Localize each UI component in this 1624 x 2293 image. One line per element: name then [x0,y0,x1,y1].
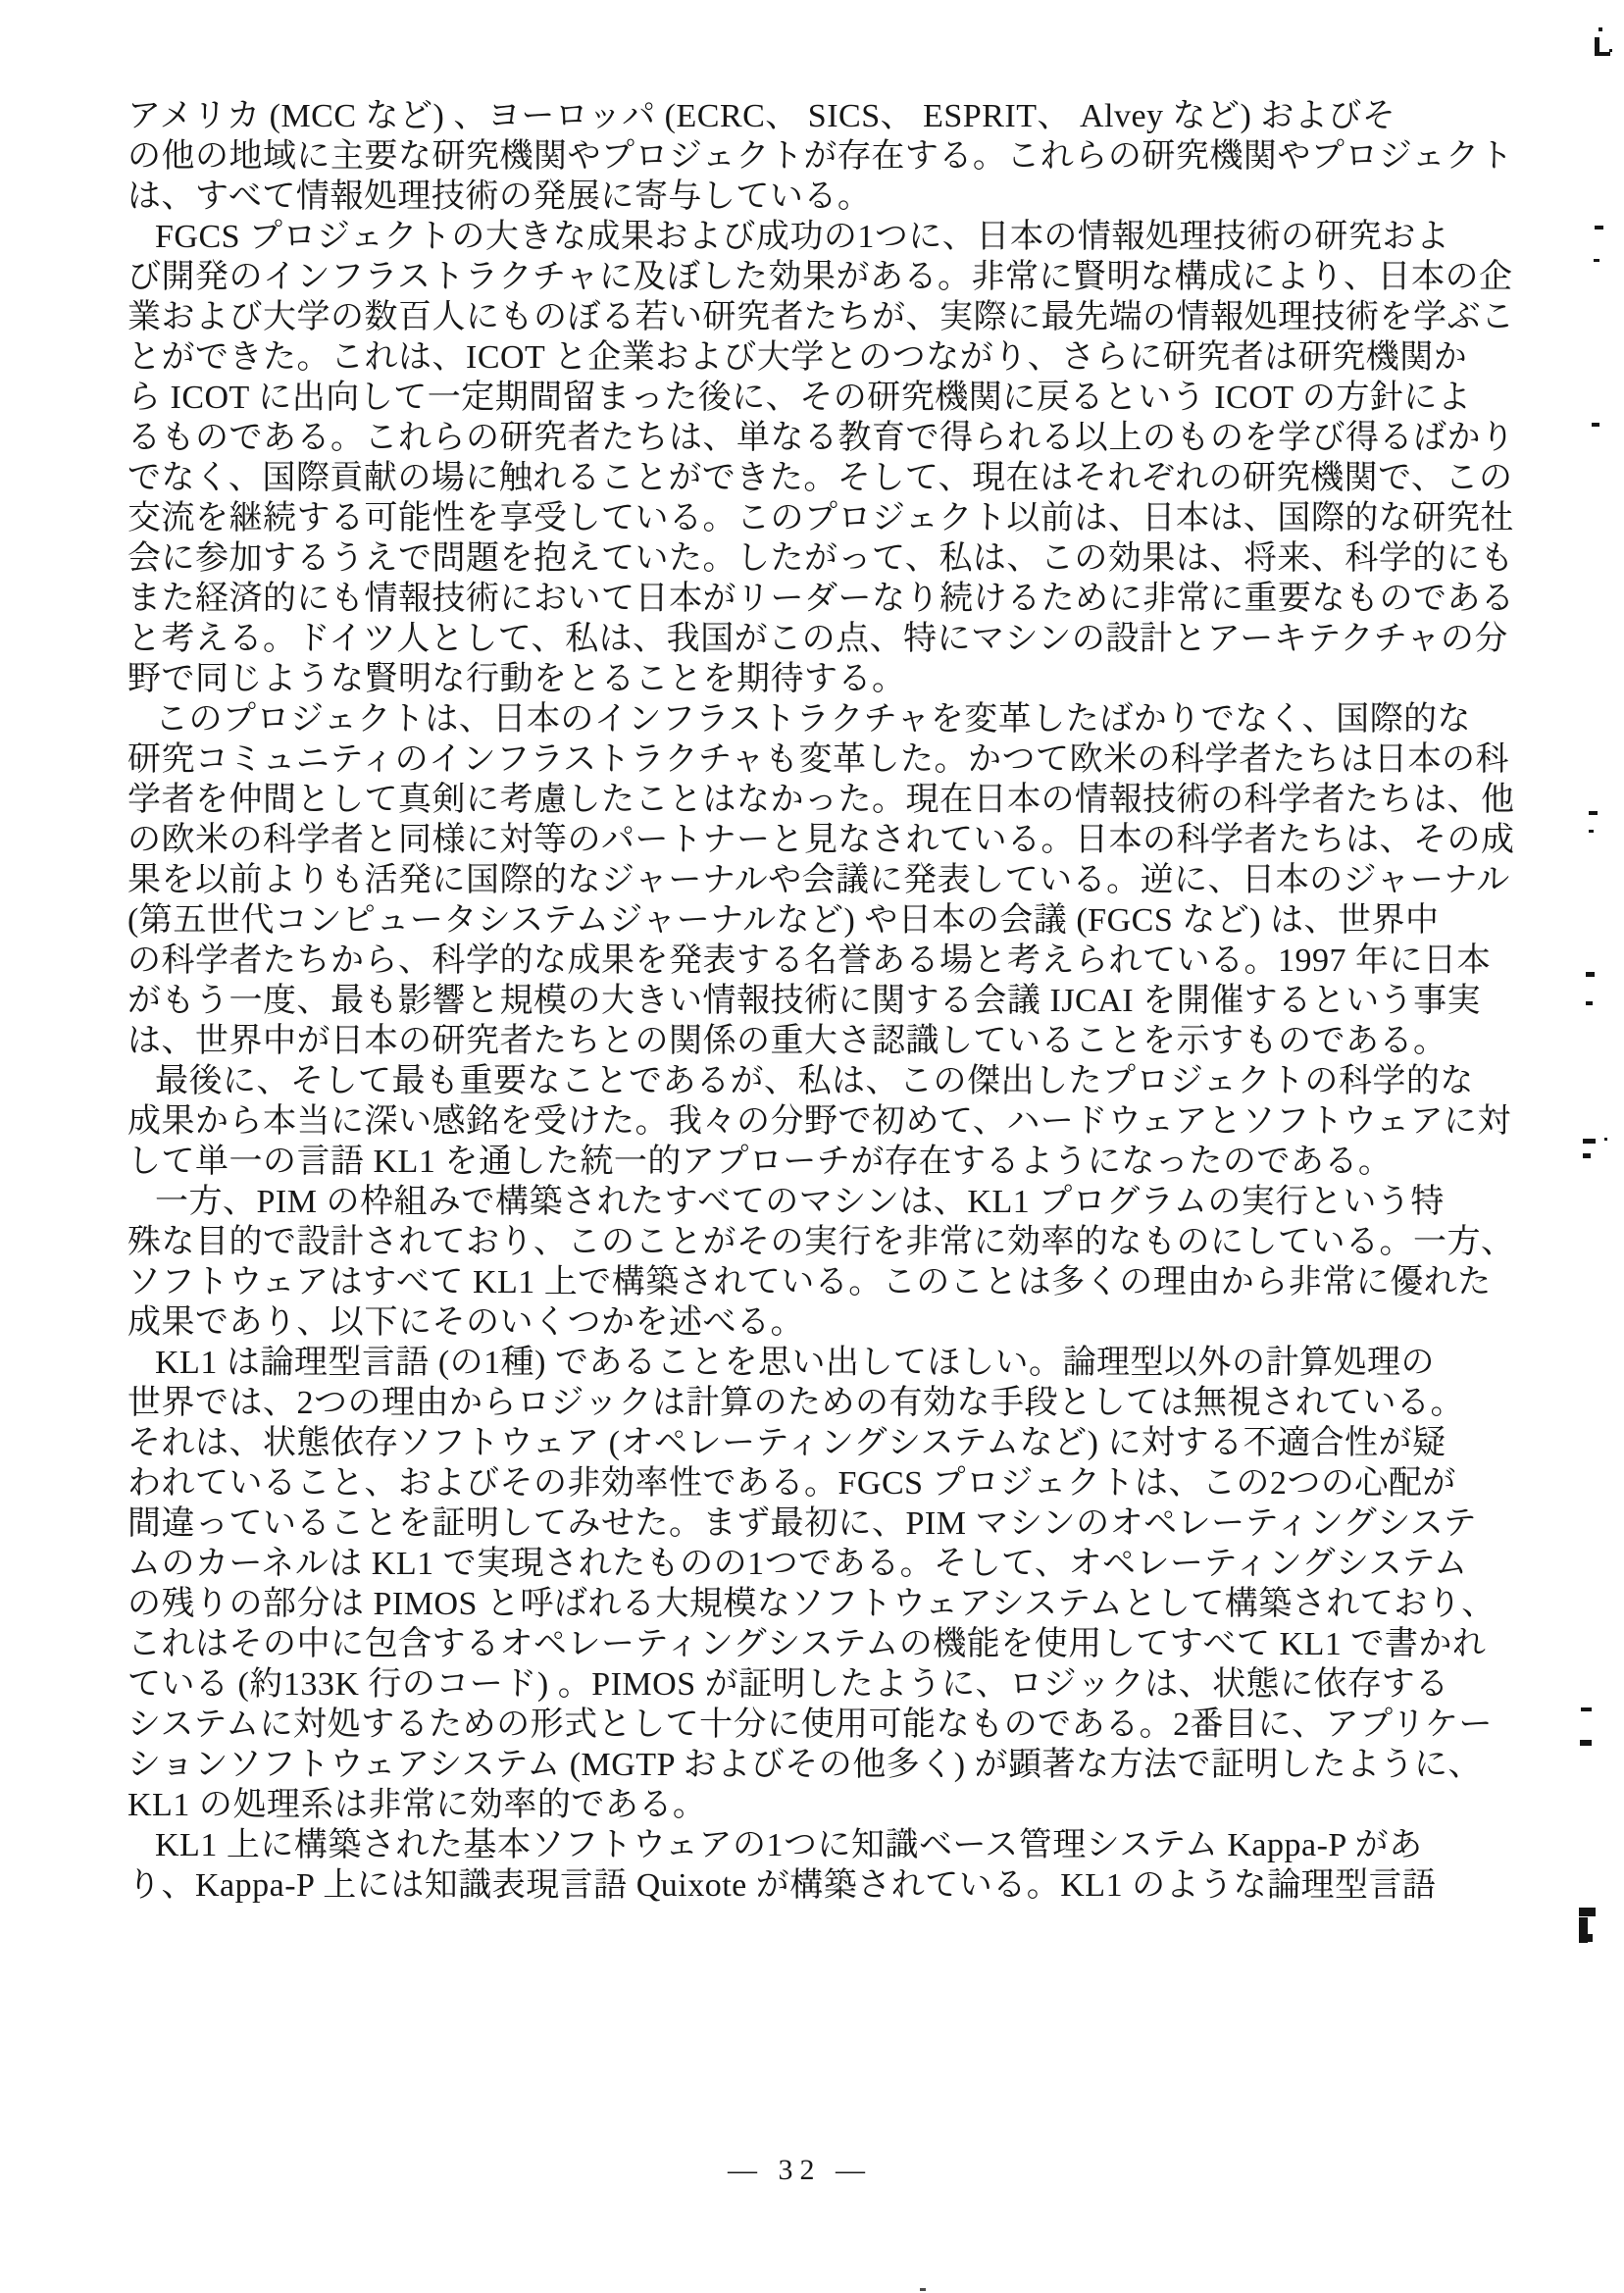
scan-artifact [1592,423,1599,427]
text-line: と考える。ドイツ人として、私は、我国がこの点、特にマシンの設計とアーキテクチャの… [127,619,1528,659]
scan-artifact [1595,226,1603,229]
body-text: アメリカ (MCC など) 、ヨーロッパ (ECRC、 SICS、 ESPRIT… [127,96,1528,1906]
text-line: KL1 の処理系は非常に効率的である。 [127,1785,1528,1825]
text-line: KL1 上に構築された基本ソフトウェアの1つに知識ベース管理システム Kappa… [127,1825,1528,1865]
text-line: 最後に、そして最も重要なことであるが、私は、この傑出したプロジェクトの科学的な [127,1061,1528,1101]
text-line: それは、状態依存ソフトウェア (オペレーティングシステムなど) に対する不適合性… [127,1423,1528,1463]
text-line: の欧米の科学者と同様に対等のパートナーと見なされている。日本の科学者たちは、その… [127,820,1528,860]
scan-artifact [1599,27,1602,31]
text-line: は、すべて情報処理技術の発展に寄与している。 [127,177,1528,217]
text-line: 学者を仲間として真剣に考慮したことはなかった。現在日本の情報技術の科学者たちは、… [127,780,1528,820]
text-line: るものである。これらの研究者たちは、単なる教育で得られる以上のものを学び得るばか… [127,418,1528,458]
document-page: アメリカ (MCC など) 、ヨーロッパ (ECRC、 SICS、 ESPRIT… [0,0,1624,2293]
scan-artifact [1580,1740,1592,1746]
scan-artifact [920,2288,926,2291]
text-line: 業および大学の数百人にものぼる若い研究者たちが、実際に最先端の情報処理技術を学ぶ… [127,297,1528,337]
text-line: の他の地域に主要な研究機関やプロジェクトが存在する。これらの研究機関やプロジェク… [127,136,1528,177]
text-line: KL1 は論理型言語 (の1種) であることを思い出してほしい。論理型以外の計算… [127,1343,1528,1383]
scan-artifact [1586,1001,1593,1005]
scan-artifact [1583,1139,1596,1144]
text-line: 研究コミュニティのインフラストラクチャも変革した。かつて欧米の科学者たちは日本の… [127,739,1528,780]
text-line: システムに対処するための形式として十分に使用可能なものである。2番目に、アプリケ… [127,1705,1528,1745]
text-line: ムのカーネルは KL1 で実現されたものの1つである。そして、オペレーティングシ… [127,1544,1528,1584]
text-line: の科学者たちから、科学的な成果を発表する名誉ある場と考えられている。1997 年… [127,941,1528,981]
text-line: ソフトウェアはすべて KL1 上で構築されている。このことは多くの理由から非常に… [127,1262,1528,1302]
text-line: FGCS プロジェクトの大きな成果および成功の1つに、日本の情報処理技術の研究お… [127,217,1528,257]
text-line: 殊な目的で設計されており、このことがその実行を非常に効率的なものにしている。一方… [127,1222,1528,1262]
text-line: でなく、国際貢献の場に触れることができた。そして、現在はそれぞれの研究機関で、こ… [127,458,1528,498]
text-line: このプロジェクトは、日本のインフラストラクチャを変革したばかりでなく、国際的な [127,699,1528,739]
text-line: して単一の言語 KL1 を通した統一的アプローチが存在するようになったのである。 [127,1142,1528,1182]
scan-artifact [1583,1153,1591,1158]
scan-artifact [1595,37,1610,56]
text-line: これはその中に包含するオペレーティングシステムの機能を使用してすべて KL1 で… [127,1624,1528,1664]
text-line: とができた。これは、ICOT と企業および大学とのつながり、さらに研究者は研究機… [127,337,1528,378]
text-line: また経済的にも情報技術において日本がリーダーなり続けるために非常に重要なものであ… [127,579,1528,619]
text-line: は、世界中が日本の研究者たちとの関係の重大さ認識していることを示すものである。 [127,1021,1528,1061]
page-number: — 32 — [728,2154,872,2187]
scan-artifact [1604,1138,1607,1141]
text-line: アメリカ (MCC など) 、ヨーロッパ (ECRC、 SICS、 ESPRIT… [127,96,1528,136]
text-line: 成果から本当に深い感銘を受けた。我々の分野で初めて、ハードウェアとソフトウェアに… [127,1101,1528,1142]
text-line: 野で同じような賢明な行動をとることを期待する。 [127,659,1528,699]
text-line: ている (約133K 行のコード) 。PIMOS が証明したように、ロジックは、… [127,1664,1528,1705]
text-line: 間違っていることを証明してみせた。まず最初に、PIM マシンのオペレーティングシ… [127,1503,1528,1544]
text-line: 一方、PIM の枠組みで構築されたすべてのマシンは、KL1 プログラムの実行とい… [127,1182,1528,1222]
scan-artifact [1589,830,1594,833]
text-line: 果を以前よりも活発に国際的なジャーナルや会議に発表している。逆に、日本のジャーナ… [127,860,1528,900]
text-line: ションソフトウェアシステム (MGTP およびその他多く) が顕著な方法で証明し… [127,1745,1528,1785]
text-line: (第五世代コンピュータシステムジャーナルなど) や日本の会議 (FGCS など)… [127,900,1528,941]
scan-artifact [1589,811,1598,815]
text-line: われていること、およびその非効率性である。FGCS プロジェクトは、この2つの心… [127,1463,1528,1503]
text-line: 交流を継続する可能性を享受している。このプロジェクト以前は、日本は、国際的な研究… [127,498,1528,538]
scan-artifact [1594,259,1599,262]
text-line: び開発のインフラストラクチャに及ぼした効果がある。非常に賢明な構成により、日本の… [127,257,1528,297]
scan-artifact [1609,49,1612,52]
text-line: り、Kappa-P 上には知識表現言語 Quixote が構築されている。KL1… [127,1865,1528,1906]
text-line: の残りの部分は PIMOS と呼ばれる大規模なソフトウェアシステムとして構築され… [127,1584,1528,1624]
scan-artifact [1586,972,1595,977]
scan-artifact [1581,1707,1592,1711]
text-line: 会に参加するうえで問題を抱えていた。したがって、私は、この効果は、将来、科学的に… [127,538,1528,579]
text-line: 成果であり、以下にそのいくつかを述べる。 [127,1302,1528,1343]
text-line: 世界では、2つの理由からロジックは計算のための有効な手段としては無視されている。 [127,1383,1528,1423]
text-line: がもう一度、最も影響と規模の大きい情報技術に関する会議 IJCAI を開催すると… [127,981,1528,1021]
scan-artifact [1579,1908,1596,1916]
scan-artifact [1579,1934,1593,1942]
text-line: ら ICOT に出向して一定期間留まった後に、その研究機関に戻るという ICOT… [127,378,1528,418]
